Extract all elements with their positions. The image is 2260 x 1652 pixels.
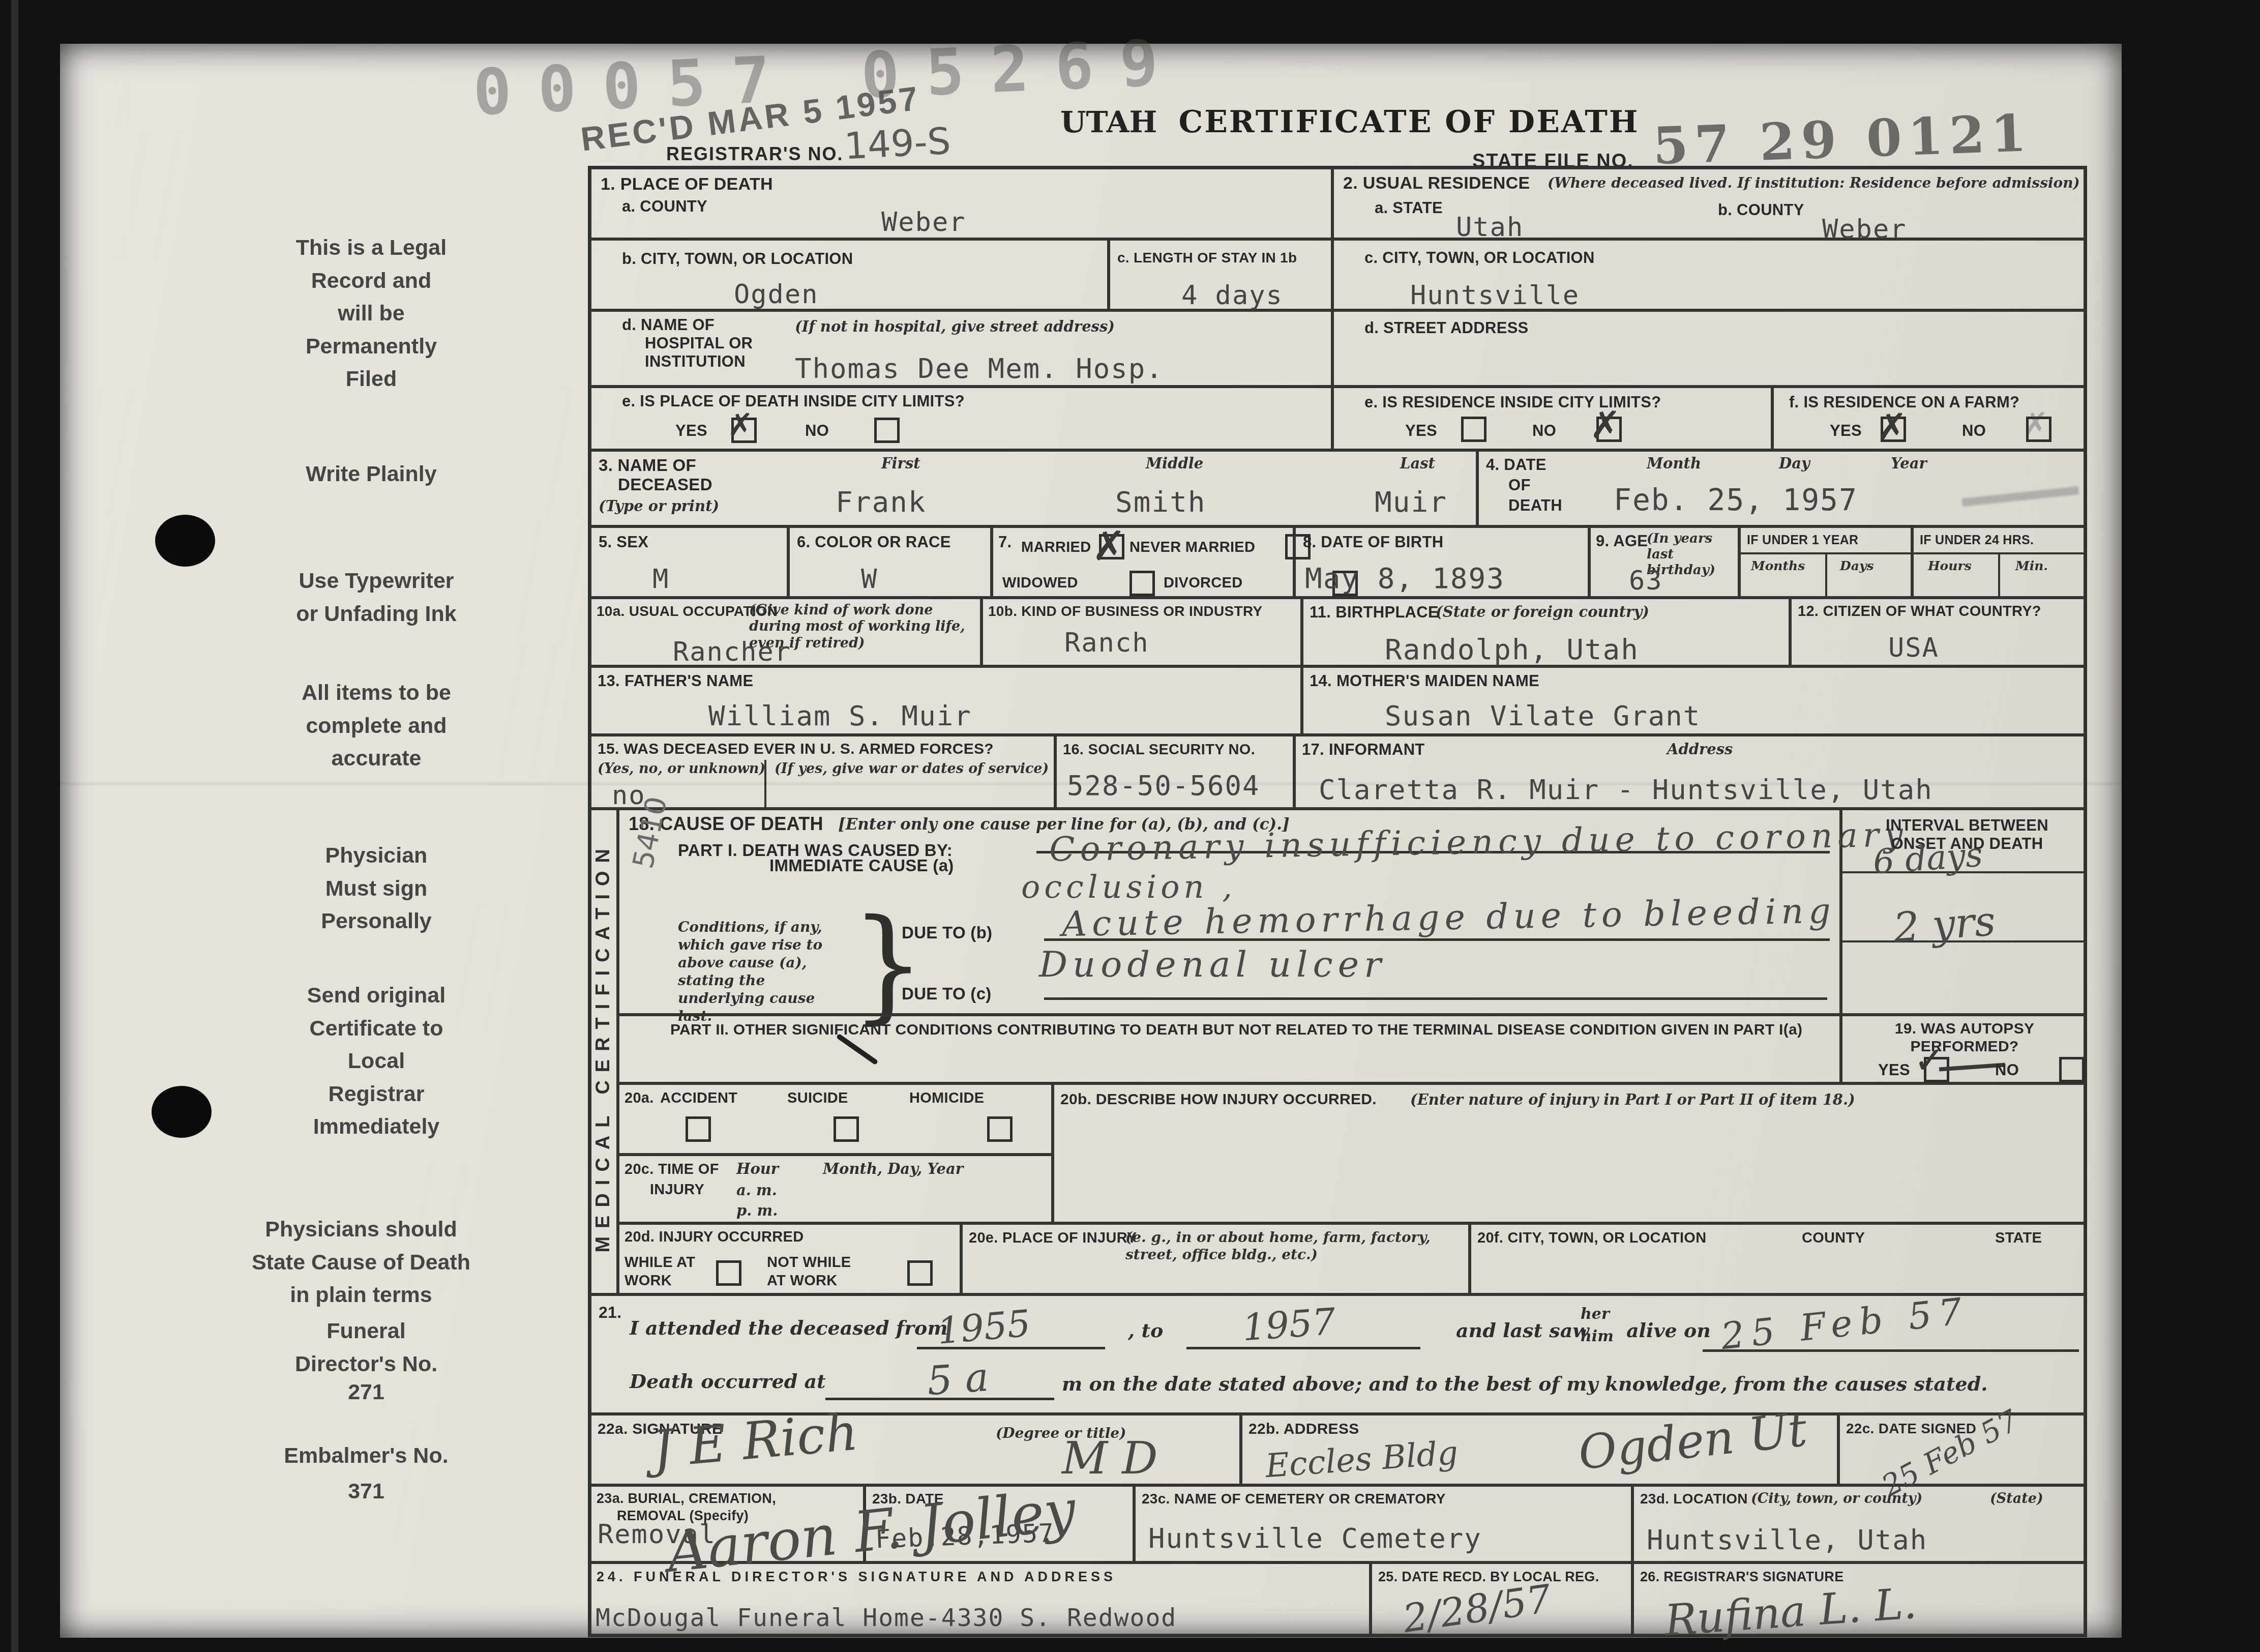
box15-hint2: (If yes, give war or dates of service): [775, 761, 1049, 777]
box3-last-label: Last: [1400, 455, 1435, 473]
box14-label: 14. MOTHER'S MAIDEN NAME: [1310, 672, 1539, 690]
box20b-label: 20b. DESCRIBE HOW INJURY OCCURRED.: [1060, 1091, 1377, 1109]
box21-number: 21.: [599, 1303, 621, 1322]
date-received-value: 2/28/57: [1401, 1579, 1554, 1638]
box7-never-married-label: NEVER MARRIED: [1129, 539, 1255, 556]
box23c-cemetery: 23c. NAME OF CEMETERY OR CREMATORY Hunts…: [1134, 1485, 1632, 1562]
box7-divorced-label: DIVORCED: [1164, 575, 1242, 592]
title-main: CERTIFICATE OF DEATH: [1178, 104, 1639, 140]
him-text: him: [1581, 1327, 1614, 1346]
scanned-death-certificate: This is a Legal Record and will be Perma…: [0, 0, 2260, 1652]
box2f-yes-label: YES: [1830, 422, 1862, 440]
to-value: 1957: [1241, 1303, 1337, 1346]
box18-interval-column: INTERVAL BETWEEN ONSET AND DEATH 6 days …: [1841, 809, 2085, 1015]
box17-informant: 17. INFORMANT Address Claretta R. Muir -…: [1294, 735, 2085, 809]
box2a-label: a. STATE: [1375, 199, 1443, 217]
box2d-street-address: d. STREET ADDRESS: [1332, 310, 2085, 387]
statement-text: m on the date stated above; and to the b…: [1062, 1372, 2079, 1396]
box18-cause-of-death: 18. CAUSE OF DEATH [Enter only one cause…: [618, 809, 1841, 1015]
box1d-hospital: d. NAME OF HOSPITAL OR INSTITUTION (If n…: [590, 310, 1332, 387]
box4-label2: OF: [1508, 476, 1531, 494]
box11-hint: (State or foreign country): [1436, 603, 1649, 621]
title-state: UTAH: [1060, 105, 1157, 139]
checkbox: [2059, 1057, 2085, 1082]
box19-yes-label: YES: [1878, 1061, 1910, 1079]
box1e-no-checkbox: [874, 418, 896, 439]
registrar-no-label: REGISTRAR'S NO.: [666, 143, 844, 164]
box2-hint: (Where deceased lived. If institution: R…: [1548, 174, 2080, 192]
box8-value: May 8, 1893: [1305, 565, 1505, 593]
box14-mother-maiden-name: 14. MOTHER'S MAIDEN NAME Susan Vilate Gr…: [1302, 666, 2085, 735]
ink-smudge: [1962, 486, 2079, 507]
box6-color-or-race: 6. COLOR OR RACE W: [788, 526, 992, 598]
box11-birthplace: 11. BIRTHPLACE (State or foreign country…: [1302, 598, 1790, 666]
accident-label: ACCIDENT: [660, 1090, 737, 1107]
while-at-work-label: WHILE AT: [625, 1254, 695, 1271]
box1b-value: Ogden: [734, 281, 819, 308]
box2c-label: c. CITY, TOWN, OR LOCATION: [1364, 249, 1595, 267]
days-label: Days: [1840, 558, 1874, 574]
funeral-home-address: McDougal Funeral Home-4330 S. Redwood: [596, 1606, 1177, 1630]
box9-label: 9. AGE: [1596, 532, 1648, 550]
box4-month-label: Month: [1647, 455, 1701, 473]
last-saw-text: and last saw: [1456, 1319, 1589, 1342]
her-text: her: [1581, 1305, 1610, 1323]
check-mark-icon: ✓: [1914, 1042, 1945, 1079]
box7-widowed-checkbox: [1129, 571, 1151, 592]
box20f-label: 20f. CITY, TOWN, OR LOCATION: [1477, 1230, 1706, 1247]
box1b-city: b. CITY, TOWN, OR LOCATION Ogden: [590, 239, 1109, 310]
hour-value: 5 a: [926, 1358, 990, 1401]
box2c-value: Huntsville: [1410, 282, 1580, 309]
box2a-value: Utah: [1456, 214, 1524, 241]
box1e-city-limits: e. IS PLACE OF DEATH INSIDE CITY LIMITS?…: [590, 387, 1332, 450]
pm-label: p. m.: [736, 1202, 778, 1220]
box23d-hint: (City, town, or county): [1751, 1491, 1922, 1507]
box12-value: USA: [1888, 635, 1939, 661]
cause-b-value-line2: Duodenal ulcer: [1039, 947, 1386, 982]
box3-middle-label: Middle: [1146, 455, 1203, 473]
box6-label: 6. COLOR OR RACE: [797, 533, 951, 551]
document-title: UTAH CERTIFICATE OF DEATH: [1060, 104, 1639, 140]
margin-note-embalmer-label: Embalmer's No.: [275, 1439, 458, 1472]
not-while-at-work-label2: AT WORK: [767, 1273, 837, 1289]
box22c-date-signed: 22c. DATE SIGNED 25 Feb 57: [1838, 1414, 2085, 1485]
box20e-label: 20e. PLACE OF INJURY: [969, 1230, 1137, 1247]
box15-hint1: (Yes, no, or unknown): [598, 761, 765, 777]
address-value1: Eccles Bldg: [1264, 1437, 1459, 1483]
box2f-no-label: NO: [1962, 422, 1986, 440]
box1e-label: e. IS PLACE OF DEATH INSIDE CITY LIMITS?: [622, 392, 965, 410]
divider: [1825, 552, 1827, 596]
box2f-no-checkbox: ✗: [2026, 417, 2047, 438]
hour-label: Hour: [736, 1160, 779, 1178]
box9-value: 63: [1629, 568, 1663, 594]
box23d-state-hint: (State): [1990, 1491, 2043, 1507]
box15-label: 15. WAS DECEASED EVER IN U. S. ARMED FOR…: [598, 741, 994, 758]
box17-value: Claretta R. Muir - Huntsville, Utah: [1319, 776, 1933, 804]
punch-hole-top: [155, 515, 215, 567]
box20a-accident-suicide-homicide: 20a. ACCIDENT SUICIDE HOMICIDE: [618, 1083, 1053, 1155]
checkbox: [874, 418, 900, 443]
box1d-label2: HOSPITAL OR: [645, 334, 753, 352]
x-mark-icon: ✗: [1877, 408, 1907, 445]
margin-note-physician-sign: Physician Must sign Personally: [310, 839, 442, 938]
am-label: a. m.: [736, 1182, 777, 1199]
homicide-label: HOMICIDE: [909, 1090, 984, 1107]
cause-a-value-line2: occlusion ,: [1021, 871, 1236, 903]
box12-label: 12. CITIZEN OF WHAT COUNTRY?: [1798, 603, 2041, 620]
medical-certification-strip: MEDICAL CERTIFICATION: [590, 809, 618, 1294]
box1d-value: Thomas Dee Mem. Hosp.: [795, 355, 1164, 382]
box10b-value: Ranch: [1064, 630, 1149, 656]
physician-signature: J E Rich: [650, 1407, 860, 1476]
registrar-no-value: 149-S: [843, 120, 951, 168]
checkbox: [1129, 571, 1155, 596]
box1c-length-of-stay: c. LENGTH OF STAY IN 1b 4 days: [1109, 239, 1332, 310]
address-value2: Ogden Ut: [1576, 1406, 1809, 1477]
box19-label: 19. WAS AUTOPSY PERFORMED?: [1860, 1020, 2069, 1055]
box19-autopsy: 19. WAS AUTOPSY PERFORMED? YES ✓ NO: [1841, 1015, 2085, 1083]
box25-label: 25. DATE RECD. BY LOCAL REG.: [1378, 1569, 1599, 1585]
accident-checkbox: [686, 1116, 707, 1138]
box1d-hint: (If not in hospital, give street address…: [795, 318, 1115, 336]
margin-note-plain-terms: Physicians should State Cause of Death i…: [249, 1213, 473, 1312]
box14-value: Susan Vilate Grant: [1385, 702, 1701, 730]
box23a-label1: 23a. BURIAL, CREMATION,: [597, 1491, 776, 1507]
last-seen-value: 25 Feb 57: [1719, 1292, 1971, 1355]
box13-value: William S. Muir: [708, 702, 972, 730]
box9-under-1-year: IF UNDER 1 YEAR Months Days: [1739, 526, 1912, 598]
box2e-city-limits: e. IS RESIDENCE INSIDE CITY LIMITS? YES …: [1332, 387, 1772, 450]
box23c-value: Huntsville Cemetery: [1148, 1525, 1482, 1552]
box7-number: 7.: [998, 533, 1012, 551]
box3-last-value: Muir: [1375, 488, 1447, 517]
x-mark-icon: ✗: [727, 409, 754, 441]
box18-conditions-note: Conditions, if any, which gave rise to a…: [678, 918, 846, 1025]
box13-label: 13. FATHER'S NAME: [598, 672, 753, 690]
box5-value: M: [652, 566, 669, 593]
box2e-yes-label: YES: [1405, 422, 1437, 440]
box4-day-label: Day: [1779, 455, 1810, 473]
box4-label3: DEATH: [1508, 496, 1562, 515]
box3-label2: DECEASED: [618, 475, 712, 494]
while-at-work-checkbox: [716, 1260, 737, 1282]
box2e-no-checkbox: ✗: [1596, 417, 1618, 438]
not-while-at-work-label: NOT WHILE: [767, 1254, 851, 1271]
box18-part2: PART II. OTHER SIGNIFICANT CONDITIONS CO…: [618, 1015, 1841, 1083]
divider: [764, 760, 766, 809]
margin-note-complete: All items to be complete and accurate: [300, 676, 453, 775]
to-line: [1186, 1347, 1420, 1349]
box20a-number: 20a.: [625, 1090, 654, 1107]
margin-note-funeral-no-label: Funeral Director's No.: [275, 1315, 458, 1380]
divider: [1998, 552, 2000, 596]
box11-value: Randolph, Utah: [1385, 636, 1639, 664]
box1e-yes-checkbox: ✗: [731, 418, 753, 439]
degree-value: M D: [1062, 1436, 1158, 1481]
box21-attendance-statement: 21. I attended the deceased from 1955 , …: [590, 1294, 2085, 1414]
cause-c-line: [1044, 997, 1827, 1000]
box7-married-checkbox: ✗: [1099, 534, 1120, 555]
months-label: Months: [1751, 558, 1805, 574]
suicide-checkbox: [834, 1116, 855, 1138]
box3-first-label: First: [881, 455, 920, 473]
box20b-hint: (Enter nature of injury in Part I or Par…: [1410, 1091, 1855, 1109]
box3-hint: (Type or print): [599, 497, 719, 515]
box4-value: Feb. 25, 1957: [1614, 485, 1858, 515]
box10b-industry: 10b. KIND OF BUSINESS OR INDUSTRY Ranch: [982, 598, 1302, 666]
box3-name-of-deceased: 3. NAME OF DECEASED (Type or print) Firs…: [590, 450, 1477, 526]
min-label: Min.: [2015, 558, 2048, 574]
box2-state-county: 2. USUAL RESIDENCE (Where deceased lived…: [1332, 168, 2085, 239]
box2e-yes-checkbox: [1461, 417, 1482, 438]
checkbox: [834, 1116, 859, 1142]
box2-label: 2. USUAL RESIDENCE: [1343, 173, 1530, 193]
box8-label: 8. DATE OF BIRTH: [1303, 533, 1443, 551]
registrar-signature-value: Rufina L. L.: [1663, 1582, 1918, 1642]
x-mark-icon: ✗: [1092, 526, 1126, 567]
interval-a-value: 6 days: [1872, 838, 1984, 879]
x-mark-icon: ✗: [1589, 406, 1621, 444]
box3-label1: 3. NAME OF: [599, 456, 696, 475]
box7-marital-status: 7. MARRIED ✗ NEVER MARRIED WIDOWED DIVOR…: [992, 526, 1294, 598]
medical-certification-label: MEDICAL CERTIFICATION: [592, 841, 614, 1253]
box16-value: 528-50-5604: [1067, 772, 1260, 800]
box18-due-to-b-label: DUE TO (b): [902, 923, 992, 942]
box20c-time-of-injury: 20c. TIME OF INJURY Hour a. m. p. m. Mon…: [618, 1155, 1053, 1223]
box20c-label1: 20c. TIME OF: [625, 1161, 719, 1178]
attended-from-text: I attended the deceased from: [630, 1316, 948, 1340]
box1c-label: c. LENGTH OF STAY IN 1b: [1117, 250, 1297, 266]
box20d-injury-occurred: 20d. INJURY OCCURRED WHILE AT WORK NOT W…: [618, 1223, 961, 1294]
box10a-occupation: 10a. USUAL OCCUPATION (Give kind of work…: [590, 598, 982, 666]
box23d-location: 23d. LOCATION (City, town, or county) (S…: [1632, 1485, 2085, 1562]
box20c-label2: INJURY: [650, 1182, 704, 1198]
box4-year-label: Year: [1891, 455, 1927, 473]
box2c-city: c. CITY, TOWN, OR LOCATION Huntsville: [1332, 239, 2085, 310]
box25-date-received: 25. DATE RECD. BY LOCAL REG. 2/28/57: [1371, 1562, 1632, 1635]
box10b-label: 10b. KIND OF BUSINESS OR INDUSTRY: [988, 603, 1262, 619]
box2e-no-label: NO: [1532, 422, 1556, 440]
margin-note-legal-record: This is a Legal Record and will be Perma…: [295, 231, 448, 396]
hours-label: Hours: [1928, 558, 1972, 574]
box7-married-label: MARRIED: [1021, 539, 1091, 556]
box1-label: 1. PLACE OF DEATH: [601, 174, 773, 194]
box1b-label: b. CITY, TOWN, OR LOCATION: [622, 250, 853, 268]
margin-note-funeral-no-value: 271: [275, 1376, 458, 1409]
not-while-at-work-checkbox: [907, 1260, 929, 1282]
box1d-label3: INSTITUTION: [645, 352, 746, 371]
box6-value: W: [861, 566, 878, 593]
box10a-value: Rancher: [673, 639, 791, 665]
box1e-yes-label: YES: [675, 422, 707, 440]
checkbox: [686, 1116, 711, 1142]
box23d-value: Huntsville, Utah: [1647, 1526, 1927, 1554]
box18-immediate-cause-label: IMMEDIATE CAUSE (a): [769, 856, 954, 875]
margin-note-write-plainly: Write Plainly: [275, 458, 468, 491]
suicide-label: SUICIDE: [787, 1090, 848, 1107]
box16-label: 16. SOCIAL SECURITY NO.: [1063, 742, 1255, 758]
county-label: COUNTY: [1802, 1230, 1865, 1247]
box2f-farm: f. IS RESIDENCE ON A FARM? YES ✗ NO ✗: [1772, 387, 2085, 450]
checkbox: [716, 1260, 741, 1286]
box22b-label: 22b. ADDRESS: [1248, 1421, 1359, 1438]
homicide-checkbox: [987, 1116, 1008, 1138]
box1-county: 1. PLACE OF DEATH a. COUNTY Weber: [590, 168, 1332, 239]
box5-label: 5. SEX: [599, 533, 648, 551]
box12-citizen: 12. CITIZEN OF WHAT COUNTRY? USA: [1790, 598, 2085, 666]
margin-note-typewriter: Use Typewriter or Unfading Ink: [285, 565, 468, 630]
box1c-value: 4 days: [1181, 282, 1283, 309]
interval-b-value: 2 yrs: [1892, 901, 1997, 949]
state-label: STATE: [1995, 1230, 2042, 1247]
box1a-value: Weber: [881, 209, 966, 235]
checkbox: [1461, 417, 1486, 442]
from-value: 1955: [936, 1305, 1032, 1349]
box22a-signature: 22a. SIGNATURE J E Rich (Degree or title…: [590, 1414, 1241, 1485]
box20e-hint: (e. g., in or about home, farm, factory,…: [1125, 1229, 1461, 1263]
under-1-year-label: IF UNDER 1 YEAR: [1747, 533, 1858, 548]
box19-no-checkbox: [2059, 1057, 2080, 1078]
box26-label: 26. REGISTRAR'S SIGNATURE: [1640, 1569, 1843, 1585]
conditions-brace: }: [851, 904, 925, 1027]
box4-date-of-death: 4. DATE OF DEATH Month Day Year Feb. 25,…: [1477, 450, 2085, 526]
box5-sex: 5. SEX M: [590, 526, 788, 598]
box2f-yes-checkbox: ✗: [1881, 417, 1902, 438]
box7-widowed-label: WIDOWED: [1002, 575, 1078, 592]
under-24-hrs-label: IF UNDER 24 HRS.: [1920, 533, 2034, 548]
box20b-describe-injury: 20b. DESCRIBE HOW INJURY OCCURRED. (Ente…: [1053, 1083, 2085, 1223]
box16-ssn: 16. SOCIAL SECURITY NO. 528-50-5604: [1055, 735, 1294, 809]
margin-note-embalmer-value: 371: [275, 1475, 458, 1508]
box23d-label: 23d. LOCATION: [1640, 1491, 1748, 1507]
alive-on-text: alive on: [1626, 1319, 1711, 1342]
box17-label: 17. INFORMANT: [1302, 741, 1425, 759]
margin-note-send-original: Send original Certificate to Local Regis…: [300, 979, 453, 1143]
box11-label: 11. BIRTHPLACE: [1310, 603, 1439, 622]
box2b-label: b. COUNTY: [1718, 201, 1804, 219]
box3-middle-value: Smith: [1115, 488, 1206, 517]
box26-registrar-signature: 26. REGISTRAR'S SIGNATURE Rufina L. L.: [1632, 1562, 2085, 1635]
box9-under-24-hrs: IF UNDER 24 HRS. Hours Min.: [1912, 526, 2085, 598]
punch-hole-bottom: [152, 1086, 212, 1138]
box20e-place-of-injury: 20e. PLACE OF INJURY (e. g., in or about…: [961, 1223, 1470, 1294]
death-occurred-text: Death occurred at: [630, 1370, 826, 1393]
box1d-label1: d. NAME OF: [622, 316, 715, 334]
checkbox: [987, 1116, 1013, 1142]
box17-address-label: Address: [1667, 741, 1733, 758]
to-text: , to: [1128, 1319, 1163, 1342]
box23c-label: 23c. NAME OF CEMETERY OR CREMATORY: [1142, 1491, 1446, 1507]
faint-x-mark-icon: ✗: [2022, 408, 2048, 440]
box18-due-to-c-label: DUE TO (c): [902, 984, 992, 1004]
box1a-label: a. COUNTY: [622, 197, 707, 216]
while-at-work-label2: WORK: [625, 1273, 672, 1289]
box1e-no-label: NO: [805, 422, 829, 440]
box13-father-name: 13. FATHER'S NAME William S. Muir: [590, 666, 1302, 735]
month-day-year-label: Month, Day, Year: [823, 1160, 963, 1178]
box2d-label: d. STREET ADDRESS: [1364, 319, 1529, 337]
box9-age: 9. AGE (In years last birthday) 63: [1589, 526, 1739, 598]
box3-first-value: Frank: [836, 488, 927, 517]
box20f-city-county-state: 20f. CITY, TOWN, OR LOCATION COUNTY STAT…: [1470, 1223, 2085, 1294]
box22b-address: 22b. ADDRESS Eccles Bldg Ogden Ut: [1241, 1414, 1838, 1485]
box8-date-of-birth: 8. DATE OF BIRTH May 8, 1893: [1294, 526, 1589, 598]
box20d-label: 20d. INJURY OCCURRED: [625, 1229, 804, 1246]
box19-no-label: NO: [1995, 1061, 2019, 1079]
checkbox: [907, 1260, 933, 1286]
box4-label1: 4. DATE: [1486, 456, 1547, 474]
